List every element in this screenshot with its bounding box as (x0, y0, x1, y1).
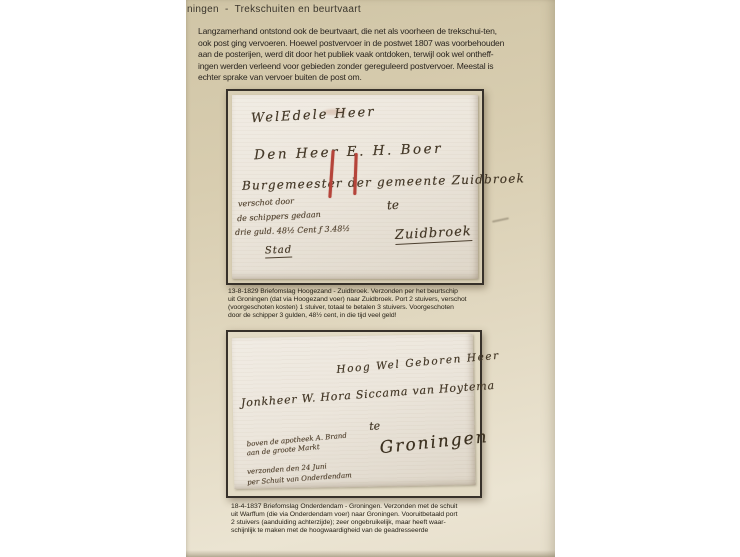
cover1-mount-frame: WelEdele Heer Den Heer E. H. Boer Burgem… (226, 89, 484, 285)
intro-line: ingen werden verleend voor gebieden zond… (198, 61, 524, 73)
handwriting-salutation: Hoog Wel Geboren Heer (336, 350, 500, 376)
album-page: ningen - Trekschuiten en beurtvaart Lang… (186, 0, 555, 557)
handwriting-te: te (387, 198, 400, 213)
handwriting-origin: Stad (265, 245, 293, 259)
handwriting-title-line: Burgemeester der gemeente Zuidbroek (242, 171, 525, 192)
intro-line: aan de posterijen, werd dit door het pub… (198, 49, 524, 61)
intro-paragraph: Langzamerhand ontstond ook de beurtvaart… (198, 26, 524, 84)
caption-line: door de schipper 3 gulden, 48½ cent, in … (228, 312, 478, 320)
handwriting-te: te (369, 419, 381, 433)
cover2-letter-paper: Hoog Wel Geboren Heer Jonkheer W. Hora S… (232, 334, 476, 489)
caption-line: 13-8-1829 Briefomslag Hoogezand - Zuidbr… (228, 288, 478, 296)
photo-of-album-page: ningen - Trekschuiten en beurtvaart Lang… (0, 0, 740, 557)
pencil-smudge (492, 217, 509, 222)
handwriting-addressee: Den Heer E. H. Boer (254, 141, 444, 164)
caption-line: 18-4-1837 Briefomslag Onderdendam - Gron… (231, 503, 474, 511)
cover1-letter-paper: WelEdele Heer Den Heer E. H. Boer Burgem… (232, 95, 478, 279)
handwriting-addressee: Jonkheer W. Hora Siccama van Hoytema (241, 379, 496, 410)
handwriting-destination: Zuidbroek (395, 224, 473, 245)
handwriting-note: drie guld. 48½ Cent ƒ 3.48½ (235, 224, 350, 237)
caption-line: schijnlijk te maken met de hoogwaardighe… (231, 527, 474, 535)
intro-line: ook post ging vervoeren. Hoewel postverv… (198, 38, 524, 50)
caption-line: uit Warffum (die via Onderdendam voer) n… (231, 511, 474, 519)
page-bottom-shadow (186, 550, 555, 557)
cover2-caption: 18-4-1837 Briefomslag Onderdendam - Gron… (231, 503, 474, 535)
cover2-mount-frame: Hoog Wel Geboren Heer Jonkheer W. Hora S… (226, 330, 482, 498)
handwriting-destination: Groningen (379, 427, 490, 458)
caption-line: uit Groningen (dat via Hoogezand voer) n… (228, 296, 478, 304)
caption-line: 2 stuivers (aanduiding achterzijde); zee… (231, 519, 474, 527)
intro-line: Langzamerhand ontstond ook de beurtvaart… (198, 26, 524, 38)
handwriting-note: verschot door (238, 197, 294, 209)
cover1-caption: 13-8-1829 Briefomslag Hoogezand - Zuidbr… (228, 288, 478, 320)
intro-line: echter sprake van vervoer buiten de post… (198, 72, 524, 84)
handwriting-salutation: WelEdele Heer (251, 105, 376, 127)
page-header: ningen - Trekschuiten en beurtvaart (187, 4, 361, 15)
handwriting-note: de schippers gedaan (237, 210, 321, 223)
